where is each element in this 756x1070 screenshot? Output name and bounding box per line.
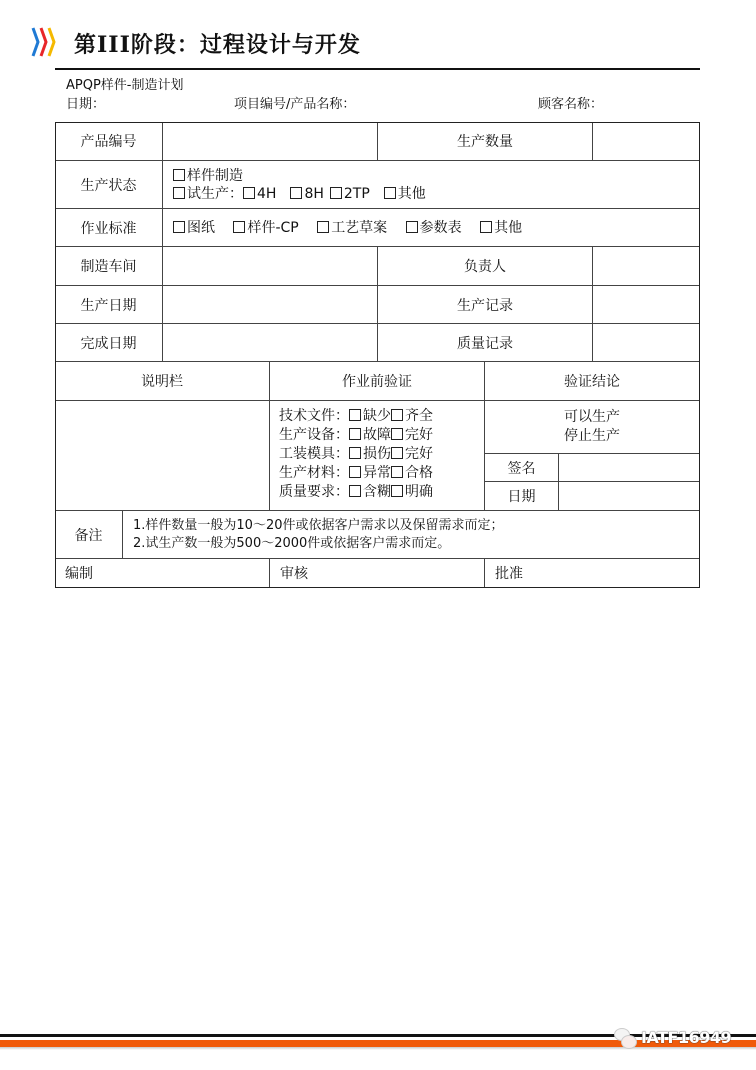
checkbox-damage[interactable] — [349, 447, 361, 459]
prod-date-label: 生产日期 — [55, 286, 163, 324]
remarks-content: 1.样件数量一般为10～20件或依据客户需求以及保留需求而定； 2.试生产数一般… — [123, 511, 700, 559]
preverify-item: 技术文件：缺少齐全 — [279, 407, 433, 426]
footer-shadow — [0, 1047, 756, 1050]
remark-line: 2.试生产数一般为500～2000件或依据客户需求而定。 — [133, 535, 504, 553]
owner-field[interactable] — [593, 247, 700, 286]
notes-header: 说明栏 — [55, 362, 270, 401]
preverify-item: 生产设备：故障完好 — [279, 426, 433, 445]
workshop-label: 制造车间 — [55, 247, 163, 286]
date-label: 日期： — [66, 97, 105, 113]
conclusion-header: 验证结论 — [485, 362, 700, 401]
checkbox-missing[interactable] — [349, 409, 361, 421]
option-sample: 样件制造 — [187, 168, 243, 184]
checkbox-process-draft[interactable] — [317, 221, 329, 233]
preverify-item: 生产材料：异常合格 — [279, 464, 433, 483]
checkbox-trial[interactable] — [173, 187, 185, 199]
owner-label: 负责人 — [378, 247, 593, 286]
status-label: 生产状态 — [55, 161, 163, 209]
checkbox-standard-other[interactable] — [480, 221, 492, 233]
option-sample-cp: 样件-CP — [247, 220, 298, 236]
option-standard-other: 其他 — [494, 220, 522, 236]
checkbox-good[interactable] — [391, 447, 403, 459]
header-divider — [55, 68, 700, 70]
option-4h: 4H — [257, 186, 276, 202]
finish-date-field[interactable] — [163, 324, 378, 362]
checkbox-vague[interactable] — [349, 485, 361, 497]
product-no-field[interactable] — [163, 122, 378, 161]
option-param-table: 参数表 — [420, 220, 462, 236]
option-trial: 试生产： — [187, 186, 243, 202]
status-options: 样件制造 试生产：4H8H2TP其他 — [163, 161, 700, 209]
option-drawing: 图纸 — [187, 220, 215, 236]
wechat-icon — [614, 1028, 636, 1048]
prod-record-label: 生产记录 — [378, 286, 593, 324]
checkbox-2tp[interactable] — [330, 187, 342, 199]
remark-line: 1.样件数量一般为10～20件或依据客户需求以及保留需求而定； — [133, 517, 504, 535]
quality-record-label: 质量记录 — [378, 324, 593, 362]
watermark-text: IATF16949 — [641, 1028, 731, 1047]
notes-field[interactable] — [55, 401, 270, 511]
option-stop-produce[interactable]: 停止生产 — [564, 427, 620, 446]
checkbox-abnormal[interactable] — [349, 466, 361, 478]
product-no-label: 产品编号 — [55, 122, 163, 161]
standard-options: 图纸 样件-CP 工艺草案 参数表 其他 — [163, 209, 700, 247]
checkbox-fault[interactable] — [349, 428, 361, 440]
prepared-by[interactable]: 编制 — [55, 559, 270, 588]
preverify-item: 质量要求：含糊明确 — [279, 483, 433, 502]
approved-by[interactable]: 批准 — [485, 559, 700, 588]
checkbox-8h[interactable] — [290, 187, 302, 199]
checkbox-qualified[interactable] — [391, 466, 403, 478]
checkbox-drawing[interactable] — [173, 221, 185, 233]
checkbox-other[interactable] — [384, 187, 396, 199]
sign-label: 签名 — [485, 454, 559, 482]
conclusion-options: 可以生产 停止生产 — [485, 401, 700, 454]
page-title: 第III阶段：过程设计与开发 — [74, 28, 361, 59]
checkbox-clear[interactable] — [391, 485, 403, 497]
sign-date-field[interactable] — [559, 482, 700, 511]
form-name: APQP样件-制造计划 — [66, 78, 184, 94]
quantity-field[interactable] — [593, 122, 700, 161]
option-can-produce[interactable]: 可以生产 — [564, 408, 620, 427]
prod-record-field[interactable] — [593, 286, 700, 324]
project-label: 项目编号/产品名称： — [234, 97, 355, 113]
workshop-field[interactable] — [163, 247, 378, 286]
checkbox-complete[interactable] — [391, 409, 403, 421]
checkbox-good[interactable] — [391, 428, 403, 440]
prod-date-field[interactable] — [163, 286, 378, 324]
checkbox-sample[interactable] — [173, 169, 185, 181]
quality-record-field[interactable] — [593, 324, 700, 362]
option-2tp: 2TP — [344, 186, 370, 202]
checkbox-sample-cp[interactable] — [233, 221, 245, 233]
option-other: 其他 — [398, 186, 426, 202]
manufacturing-plan-table: 产品编号 生产数量 生产状态 样件制造 试生产：4H8H2TP其他 作业标准 图… — [55, 122, 700, 588]
finish-date-label: 完成日期 — [55, 324, 163, 362]
chevron-logo-icon — [31, 26, 57, 58]
remarks-label: 备注 — [55, 511, 123, 559]
sign-field[interactable] — [559, 454, 700, 482]
preverify-header: 作业前验证 — [270, 362, 485, 401]
customer-label: 顾客名称： — [538, 97, 603, 113]
standard-label: 作业标准 — [55, 209, 163, 247]
checkbox-param-table[interactable] — [406, 221, 418, 233]
sign-date-label: 日期 — [485, 482, 559, 511]
reviewed-by[interactable]: 审核 — [270, 559, 485, 588]
quantity-label: 生产数量 — [378, 122, 593, 161]
option-8h: 8H — [304, 186, 323, 202]
checkbox-4h[interactable] — [243, 187, 255, 199]
option-process-draft: 工艺草案 — [331, 220, 387, 236]
preverify-item: 工装模具：损伤完好 — [279, 445, 433, 464]
preverify-list: 技术文件：缺少齐全 生产设备：故障完好 工装模具：损伤完好 生产材料：异常合格 … — [270, 401, 485, 511]
